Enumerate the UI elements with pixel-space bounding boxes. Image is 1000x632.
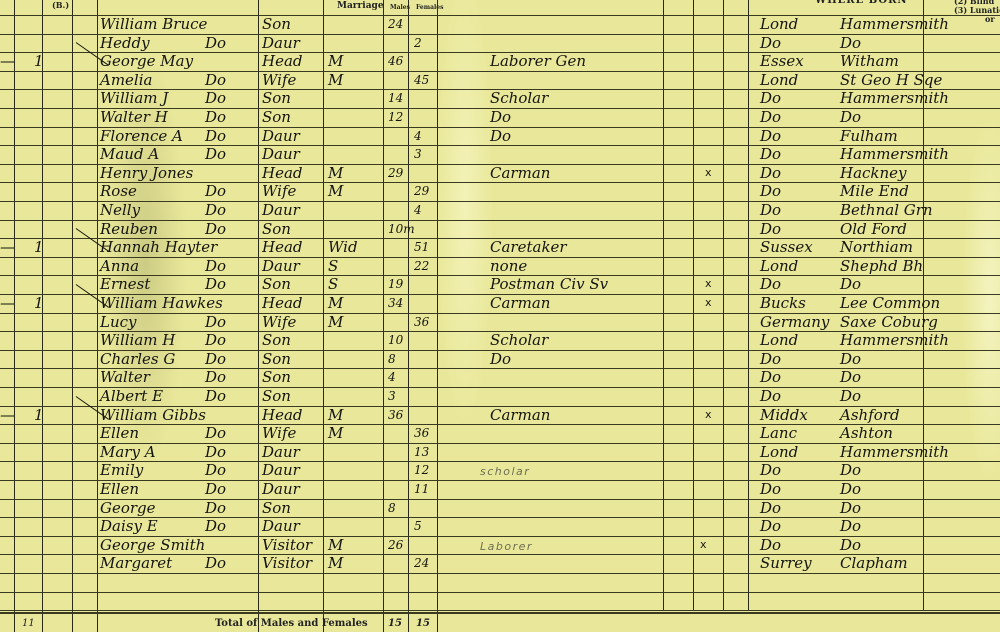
surname-ditto: Do bbox=[205, 480, 226, 498]
surname-ditto: Do bbox=[205, 424, 226, 442]
person-name: Margaret bbox=[100, 554, 172, 572]
age-male: 8 bbox=[388, 499, 396, 517]
birth-county: Do bbox=[760, 387, 781, 405]
birth-county: Bucks bbox=[760, 294, 806, 312]
age-female: 12 bbox=[414, 461, 429, 479]
person-name: George Smith bbox=[100, 536, 205, 554]
age-female: 36 bbox=[414, 313, 429, 331]
totals-females: 15 bbox=[416, 618, 430, 629]
birth-place: Do bbox=[840, 275, 861, 293]
birth-county: Lond bbox=[760, 257, 798, 275]
birth-county: Do bbox=[760, 461, 781, 479]
birth-place: Do bbox=[840, 350, 861, 368]
birth-county: Do bbox=[760, 350, 781, 368]
birth-county: Do bbox=[760, 368, 781, 386]
relation-to-head: Daur bbox=[262, 145, 300, 163]
surname-ditto: Do bbox=[205, 443, 226, 461]
relation-to-head: Daur bbox=[262, 443, 300, 461]
age-female: 5 bbox=[414, 517, 422, 535]
birth-county: Do bbox=[760, 220, 781, 238]
relation-to-head: Head bbox=[262, 52, 303, 70]
person-name: George bbox=[100, 499, 156, 517]
marital-condition: S bbox=[328, 275, 338, 293]
relation-to-head: Son bbox=[262, 387, 291, 405]
birth-county: Do bbox=[760, 182, 781, 200]
marital-condition: S bbox=[328, 257, 338, 275]
header-col-b: (B.) bbox=[52, 0, 69, 10]
person-name: Heddy bbox=[100, 34, 150, 52]
birth-place: Hackney bbox=[840, 164, 907, 182]
header-where-born: WHERE BORN bbox=[815, 0, 908, 6]
birth-county: Surrey bbox=[760, 554, 812, 572]
age-female: 3 bbox=[414, 145, 422, 163]
relation-to-head: Wife bbox=[262, 71, 296, 89]
age-male: 24 bbox=[388, 15, 403, 33]
occupation: Laborer bbox=[480, 538, 533, 556]
grid-vertical-rule bbox=[437, 0, 438, 632]
birth-county: Do bbox=[760, 34, 781, 52]
totals-males: 15 bbox=[388, 618, 402, 629]
person-name: William Gibbs bbox=[100, 406, 206, 424]
relation-to-head: Daur bbox=[262, 480, 300, 498]
worker-mark: x bbox=[700, 538, 707, 551]
grid-vertical-rule bbox=[723, 0, 724, 610]
relation-to-head: Wife bbox=[262, 424, 296, 442]
relation-to-head: Head bbox=[262, 294, 303, 312]
birth-county: Do bbox=[760, 127, 781, 145]
occupation: Carman bbox=[490, 406, 550, 424]
occupation: none bbox=[490, 257, 527, 275]
worker-mark: x bbox=[705, 408, 712, 421]
birth-place: Do bbox=[840, 368, 861, 386]
relation-to-head: Son bbox=[262, 89, 291, 107]
birth-county: Do bbox=[760, 275, 781, 293]
grid-vertical-rule bbox=[97, 0, 98, 632]
birth-place: Hammersmith bbox=[840, 443, 949, 461]
relation-to-head: Son bbox=[262, 331, 291, 349]
schedule-dash: — bbox=[0, 294, 15, 312]
birth-place: Do bbox=[840, 387, 861, 405]
relation-to-head: Daur bbox=[262, 127, 300, 145]
relation-to-head: Son bbox=[262, 350, 291, 368]
age-male: 26 bbox=[388, 536, 403, 554]
age-male: 10m bbox=[388, 220, 415, 238]
birth-county: Lond bbox=[760, 443, 798, 461]
relation-to-head: Daur bbox=[262, 257, 300, 275]
age-female: 51 bbox=[414, 238, 429, 256]
grid-vertical-rule bbox=[408, 0, 409, 632]
person-name: Walter H bbox=[100, 108, 168, 126]
relation-to-head: Daur bbox=[262, 461, 300, 479]
birth-place: Do bbox=[840, 480, 861, 498]
occupation: Carman bbox=[490, 294, 550, 312]
age-male: 12 bbox=[388, 108, 403, 126]
birth-county: Do bbox=[760, 517, 781, 535]
grid-horizontal-rule bbox=[0, 573, 1000, 574]
birth-place: Do bbox=[840, 499, 861, 517]
birth-place: Saxe Coburg bbox=[840, 313, 938, 331]
occupation: Laborer Gen bbox=[490, 52, 586, 70]
surname-ditto: Do bbox=[205, 368, 226, 386]
person-name: Rose bbox=[100, 182, 137, 200]
birth-county: Do bbox=[760, 536, 781, 554]
marital-condition: M bbox=[328, 164, 343, 182]
age-female: 45 bbox=[414, 71, 429, 89]
relation-to-head: Son bbox=[262, 275, 291, 293]
relation-to-head: Daur bbox=[262, 201, 300, 219]
grid-vertical-rule bbox=[748, 0, 749, 610]
birth-place: Clapham bbox=[840, 554, 908, 572]
birth-county: Do bbox=[760, 108, 781, 126]
birth-place: Northiam bbox=[840, 238, 913, 256]
person-name: Emily bbox=[100, 461, 143, 479]
person-name: William Bruce bbox=[100, 15, 207, 33]
surname-ditto: Do bbox=[205, 145, 226, 163]
relation-to-head: Son bbox=[262, 220, 291, 238]
surname-ditto: Do bbox=[205, 517, 226, 535]
schedule-count: 1 bbox=[34, 406, 44, 424]
relation-to-head: Head bbox=[262, 238, 303, 256]
totals-rule bbox=[0, 612, 1000, 614]
grid-vertical-rule bbox=[383, 0, 384, 632]
relation-to-head: Visitor bbox=[262, 536, 312, 554]
age-female: 4 bbox=[414, 127, 422, 145]
relation-to-head: Daur bbox=[262, 517, 300, 535]
occupation: Do bbox=[490, 350, 511, 368]
occupation: Do bbox=[490, 108, 511, 126]
age-male: 36 bbox=[388, 406, 403, 424]
birth-place: Witham bbox=[840, 52, 899, 70]
surname-ditto: Do bbox=[205, 89, 226, 107]
surname-ditto: Do bbox=[205, 499, 226, 517]
marital-condition: M bbox=[328, 52, 343, 70]
age-male: 46 bbox=[388, 52, 403, 70]
person-name: William Hawkes bbox=[100, 294, 223, 312]
birth-county: Do bbox=[760, 145, 781, 163]
relation-to-head: Son bbox=[262, 368, 291, 386]
marital-condition: Wid bbox=[328, 238, 358, 256]
birth-place: Lee Common bbox=[840, 294, 940, 312]
birth-county: Lanc bbox=[760, 424, 797, 442]
totals-left-mark: 11 bbox=[22, 618, 35, 629]
surname-ditto: Do bbox=[205, 257, 226, 275]
surname-ditto: Do bbox=[205, 127, 226, 145]
birth-county: Middx bbox=[760, 406, 808, 424]
person-name: Ellen bbox=[100, 424, 139, 442]
grid-vertical-rule bbox=[258, 0, 259, 632]
schedule-dash: — bbox=[0, 238, 15, 256]
header-age-males: Males bbox=[390, 4, 410, 11]
person-name: Ellen bbox=[100, 480, 139, 498]
worker-mark: x bbox=[705, 277, 712, 290]
surname-ditto: Do bbox=[205, 71, 226, 89]
worker-mark: x bbox=[705, 166, 712, 179]
age-female: 2 bbox=[414, 34, 422, 52]
surname-ditto: Do bbox=[205, 108, 226, 126]
relation-to-head: Son bbox=[262, 499, 291, 517]
age-male: 14 bbox=[388, 89, 403, 107]
relation-to-head: Wife bbox=[262, 313, 296, 331]
surname-ditto: Do bbox=[205, 182, 226, 200]
birth-place: Do bbox=[840, 461, 861, 479]
grid-vertical-rule bbox=[42, 0, 43, 632]
marital-condition: M bbox=[328, 71, 343, 89]
birth-place: Mile End bbox=[840, 182, 909, 200]
schedule-count: 1 bbox=[34, 294, 44, 312]
age-female: 11 bbox=[414, 480, 429, 498]
person-name: Amelia bbox=[100, 71, 152, 89]
occupation: scholar bbox=[480, 463, 530, 481]
marital-condition: M bbox=[328, 313, 343, 331]
person-name: William H bbox=[100, 331, 175, 349]
birth-county: Do bbox=[760, 164, 781, 182]
birth-county: Lond bbox=[760, 71, 798, 89]
surname-ditto: Do bbox=[205, 554, 226, 572]
surname-ditto: Do bbox=[205, 350, 226, 368]
age-female: 22 bbox=[414, 257, 429, 275]
surname-ditto: Do bbox=[205, 461, 226, 479]
age-female: 4 bbox=[414, 201, 422, 219]
relation-to-head: Wife bbox=[262, 182, 296, 200]
schedule-dash: — bbox=[0, 406, 15, 424]
schedule-dash: — bbox=[0, 52, 15, 70]
person-name: Lucy bbox=[100, 313, 137, 331]
census-page: (B.) Marriage Males Females WHERE BORN (… bbox=[0, 0, 1000, 632]
birth-place: Old Ford bbox=[840, 220, 907, 238]
grid-horizontal-rule bbox=[0, 592, 1000, 593]
age-male: 4 bbox=[388, 368, 396, 386]
person-name: Maud A bbox=[100, 145, 159, 163]
birth-place: Do bbox=[840, 108, 861, 126]
age-female: 36 bbox=[414, 424, 429, 442]
worker-mark: x bbox=[705, 296, 712, 309]
birth-county: Do bbox=[760, 480, 781, 498]
relation-to-head: Daur bbox=[262, 34, 300, 52]
person-name: Nelly bbox=[100, 201, 140, 219]
birth-place: Bethnal Grn bbox=[840, 201, 933, 219]
age-female: 29 bbox=[414, 182, 429, 200]
marital-condition: M bbox=[328, 424, 343, 442]
marital-condition: M bbox=[328, 554, 343, 572]
person-name: Mary A bbox=[100, 443, 156, 461]
birth-county: Germany bbox=[760, 313, 829, 331]
relation-to-head: Son bbox=[262, 108, 291, 126]
totals-label: Total of Males and Females bbox=[215, 618, 368, 629]
relation-to-head: Visitor bbox=[262, 554, 312, 572]
occupation: Carman bbox=[490, 164, 550, 182]
birth-county: Lond bbox=[760, 15, 798, 33]
age-male: 8 bbox=[388, 350, 396, 368]
grid-vertical-rule bbox=[72, 0, 73, 632]
age-female: 24 bbox=[414, 554, 429, 572]
birth-place: Ashton bbox=[840, 424, 893, 442]
birth-place: Do bbox=[840, 536, 861, 554]
occupation: Do bbox=[490, 127, 511, 145]
person-name: Albert E bbox=[100, 387, 163, 405]
surname-ditto: Do bbox=[205, 34, 226, 52]
birth-place: Do bbox=[840, 34, 861, 52]
surname-ditto: Do bbox=[205, 313, 226, 331]
marital-condition: M bbox=[328, 294, 343, 312]
surname-ditto: Do bbox=[205, 331, 226, 349]
grid-vertical-rule bbox=[693, 0, 694, 610]
birth-county: Do bbox=[760, 499, 781, 517]
occupation: Scholar bbox=[490, 89, 548, 107]
person-name: Walter bbox=[100, 368, 150, 386]
grid-vertical-rule bbox=[323, 0, 324, 632]
surname-ditto: Do bbox=[205, 201, 226, 219]
marital-condition: M bbox=[328, 406, 343, 424]
header-age-females: Females bbox=[416, 4, 443, 11]
person-name: William J bbox=[100, 89, 168, 107]
person-name: Florence A bbox=[100, 127, 183, 145]
age-male: 10 bbox=[388, 331, 403, 349]
age-male: 3 bbox=[388, 387, 396, 405]
person-name: Hannah Hayter bbox=[100, 238, 217, 256]
birth-place: Hammersmith bbox=[840, 145, 949, 163]
marital-condition: M bbox=[328, 536, 343, 554]
birth-place: Hammersmith bbox=[840, 15, 949, 33]
birth-place: St Geo H Sqe bbox=[840, 71, 942, 89]
person-name: Reuben bbox=[100, 220, 158, 238]
grid-vertical-rule bbox=[663, 0, 664, 610]
occupation: Caretaker bbox=[490, 238, 567, 256]
surname-ditto: Do bbox=[205, 387, 226, 405]
birth-place: Fulham bbox=[840, 127, 898, 145]
header-marriage: Marriage bbox=[337, 1, 384, 11]
relation-to-head: Head bbox=[262, 164, 303, 182]
surname-ditto: Do bbox=[205, 275, 226, 293]
birth-place: Hammersmith bbox=[840, 331, 949, 349]
person-name: Henry Jones bbox=[100, 164, 193, 182]
age-male: 19 bbox=[388, 275, 403, 293]
birth-place: Ashford bbox=[840, 406, 900, 424]
surname-ditto: Do bbox=[205, 220, 226, 238]
relation-to-head: Head bbox=[262, 406, 303, 424]
birth-county: Do bbox=[760, 89, 781, 107]
person-name: Anna bbox=[100, 257, 139, 275]
age-male: 29 bbox=[388, 164, 403, 182]
person-name: Charles G bbox=[100, 350, 175, 368]
birth-county: Lond bbox=[760, 331, 798, 349]
birth-county: Sussex bbox=[760, 238, 813, 256]
occupation: Postman Civ Sv bbox=[490, 275, 608, 293]
age-female: 13 bbox=[414, 443, 429, 461]
relation-to-head: Son bbox=[262, 15, 291, 33]
marital-condition: M bbox=[328, 182, 343, 200]
birth-place: Do bbox=[840, 517, 861, 535]
birth-place: Hammersmith bbox=[840, 89, 949, 107]
age-male: 34 bbox=[388, 294, 403, 312]
schedule-count: 1 bbox=[34, 52, 44, 70]
birth-county: Essex bbox=[760, 52, 804, 70]
occupation: Scholar bbox=[490, 331, 548, 349]
schedule-count: 1 bbox=[34, 238, 44, 256]
birth-place: Shephd Bh bbox=[840, 257, 923, 275]
person-name: Ernest bbox=[100, 275, 150, 293]
person-name: George May bbox=[100, 52, 193, 70]
grid-vertical-rule bbox=[14, 0, 15, 632]
birth-county: Do bbox=[760, 201, 781, 219]
person-name: Daisy E bbox=[100, 517, 158, 535]
